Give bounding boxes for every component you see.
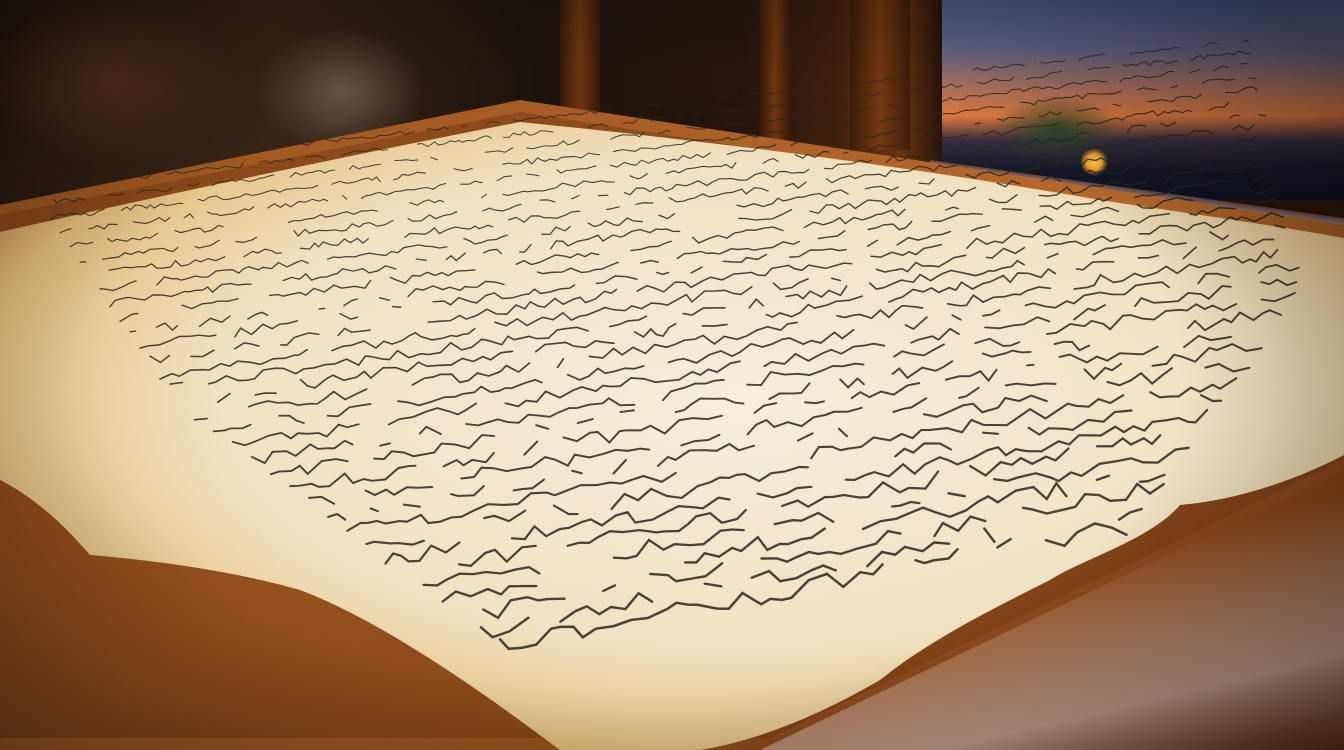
parchment-illustration xyxy=(0,0,1344,750)
photo-scene xyxy=(0,0,1344,750)
